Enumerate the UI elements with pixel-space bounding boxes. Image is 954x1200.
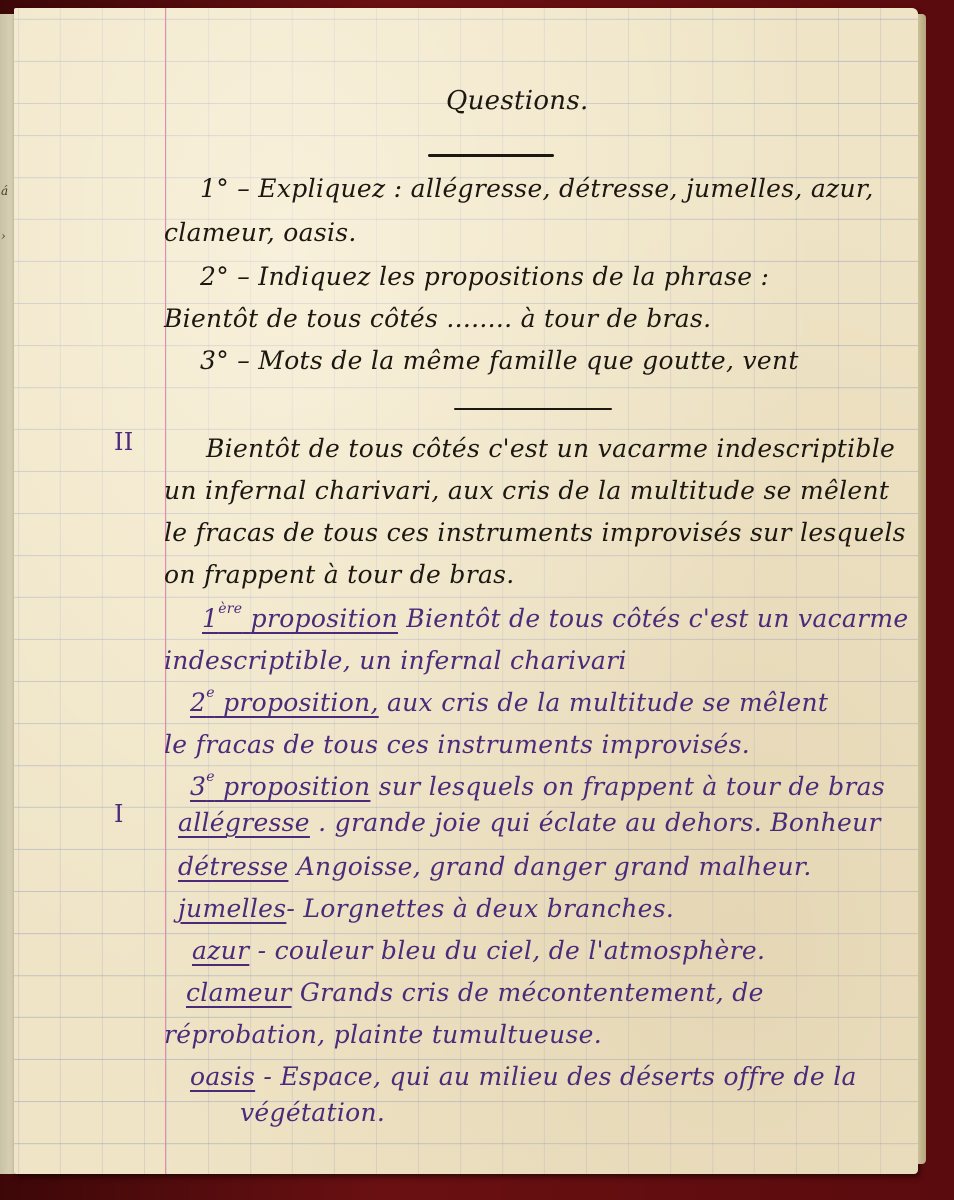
title-underline <box>428 154 554 157</box>
page-edge-stack <box>918 14 926 1164</box>
section-marker-I: I <box>114 800 124 828</box>
question-1: 1° – Expliquez : allégresse, détresse, j… <box>200 174 874 203</box>
passage-line: le fracas de tous ces instruments improv… <box>164 518 906 547</box>
definition-oasis-continued: végétation. <box>240 1098 385 1127</box>
proposition-1-continued: indescriptible, un infernal charivari <box>164 646 627 675</box>
proposition-2: 2e proposition, aux cris de la multitude… <box>190 688 828 717</box>
definition-detresse: détresse Angoisse, grand danger grand ma… <box>178 852 812 881</box>
question-1-continued: clameur, oasis. <box>164 218 357 247</box>
definition-azur: azur - couleur bleu du ciel, de l'atmosp… <box>192 936 765 965</box>
definition-jumelles: jumelles- Lorgnettes à deux branches. <box>178 894 674 923</box>
adjacent-page-mark: › <box>1 229 6 243</box>
definition-word: allégresse <box>178 808 310 837</box>
definition-clameur-continued: réprobation, plainte tumultueuse. <box>164 1020 602 1049</box>
passage-line: Bientôt de tous côtés c'est un vacarme i… <box>206 434 895 463</box>
page-title: Questions. <box>446 86 589 116</box>
adjacent-page-edge: á › <box>0 14 15 1174</box>
definition-clameur: clameur Grands cris de mécontentement, d… <box>186 978 764 1007</box>
margin-line <box>165 8 166 1174</box>
passage-line: on frappent à tour de bras. <box>164 560 515 589</box>
proposition-3: 3e proposition sur lesquels on frappent … <box>190 772 885 801</box>
definition-word: oasis <box>190 1062 255 1091</box>
definition-word: clameur <box>186 978 292 1007</box>
definition-word: jumelles <box>178 894 286 923</box>
notebook-page: Questions. 1° – Expliquez : allégresse, … <box>14 8 918 1174</box>
proposition-2-continued: le fracas de tous ces instruments improv… <box>164 730 750 759</box>
adjacent-page-mark: á <box>1 184 8 198</box>
proposition-1: 1ère proposition Bientôt de tous côtés c… <box>202 604 908 633</box>
section-divider <box>454 408 612 410</box>
definition-word: azur <box>192 936 249 965</box>
section-marker-II: II <box>114 428 134 456</box>
definition-allegresse: allégresse . grande joie qui éclate au d… <box>178 808 881 837</box>
question-2-sentence: Bientôt de tous côtés ........ à tour de… <box>164 304 711 333</box>
question-2: 2° – Indiquez les propositions de la phr… <box>200 262 769 291</box>
passage-line: un infernal charivari, aux cris de la mu… <box>164 476 889 505</box>
question-3: 3° – Mots de la même famille que goutte,… <box>200 346 799 375</box>
definition-oasis: oasis - Espace, qui au milieu des désert… <box>190 1062 857 1091</box>
definition-word: détresse <box>178 852 288 881</box>
